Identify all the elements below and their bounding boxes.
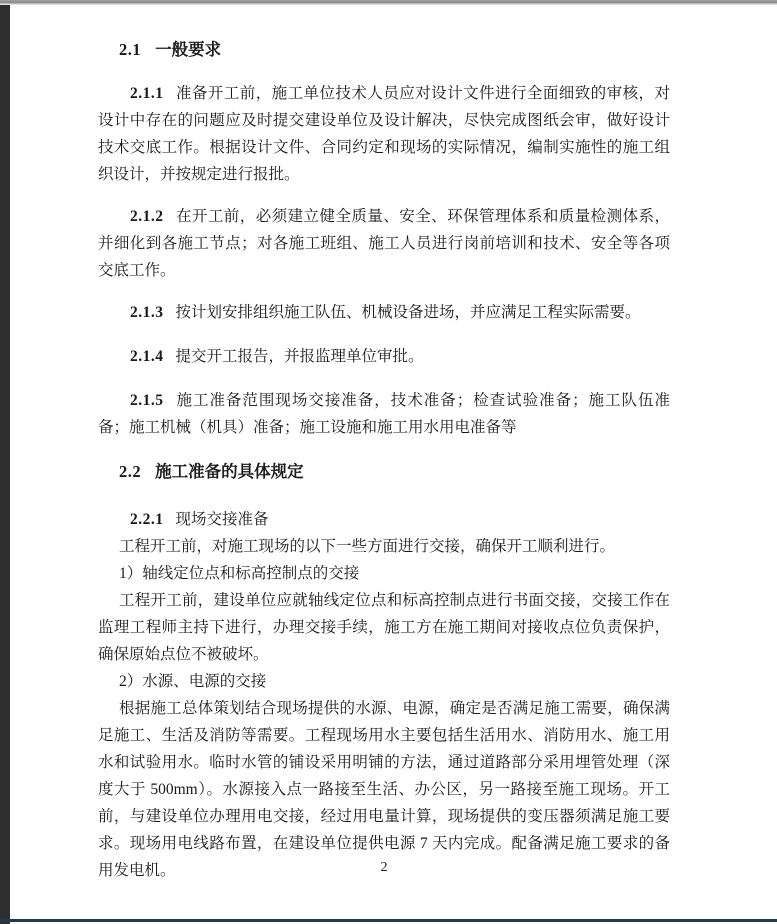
clause-number: 2.1.3 bbox=[130, 304, 164, 321]
subheading-2-2-1: 2.2.1现场交接准备 bbox=[98, 506, 670, 533]
clause-2-1-2: 2.1.2在开工前，必须建立健全质量、安全、环保管理体系和质量检测体系，并细化到… bbox=[98, 203, 670, 284]
subheading-title: 现场交接准备 bbox=[176, 511, 269, 528]
section-heading-2-1: 2.1一般要求 bbox=[98, 36, 670, 63]
clause-2-1-1: 2.1.1准备开工前，施工单位技术人员应对设计文件进行全面细致的审核，对设计中存… bbox=[98, 80, 670, 188]
paragraph: 根据施工总体策划结合现场提供的水源、电源，确定是否满足施工需要，确保满足施工、生… bbox=[98, 695, 670, 884]
clause-text: 按计划安排组织施工队伍、机械设备进场，并应满足工程实际需要。 bbox=[176, 304, 641, 321]
page-number: 2 bbox=[98, 858, 670, 878]
clause-number: 2.2.1 bbox=[130, 511, 164, 528]
clause-number: 2.1.2 bbox=[130, 208, 164, 225]
section-heading-2-2: 2.2施工准备的具体规定 bbox=[98, 458, 670, 485]
list-item-1: 1）轴线定位点和标高控制点的交接 bbox=[98, 560, 670, 587]
clause-number: 2.1.5 bbox=[130, 392, 164, 409]
document-page: 2.1一般要求 2.1.1准备开工前，施工单位技术人员应对设计文件进行全面细致的… bbox=[0, 0, 777, 924]
clause-text: 准备开工前，施工单位技术人员应对设计文件进行全面细致的审核，对设计中存在的问题应… bbox=[98, 85, 670, 183]
section-title: 一般要求 bbox=[155, 40, 221, 59]
clause-text: 在开工前，必须建立健全质量、安全、环保管理体系和质量检测体系，并细化到各施工节点… bbox=[98, 208, 670, 279]
scan-bottom-edge-line bbox=[0, 919, 777, 922]
scan-left-edge-bar bbox=[0, 4, 10, 924]
paragraph: 工程开工前，建设单位应就轴线定位点和标高控制点进行书面交接，交接工作在监理工程师… bbox=[98, 587, 670, 668]
section-title: 施工准备的具体规定 bbox=[155, 462, 304, 481]
section-number: 2.1 bbox=[119, 40, 141, 59]
clause-2-1-4: 2.1.4提交开工报告，并报监理单位审批。 bbox=[98, 343, 670, 370]
paragraph: 工程开工前，对施工现场的以下一些方面进行交接，确保开工顺利进行。 bbox=[98, 533, 670, 560]
section-number: 2.2 bbox=[119, 462, 141, 481]
clause-text: 施工准备范围现场交接准备，技术准备；检查试验准备；施工队伍准备；施工机械（机具）… bbox=[98, 392, 670, 436]
clause-number: 2.1.4 bbox=[130, 348, 164, 365]
clause-2-1-3: 2.1.3按计划安排组织施工队伍、机械设备进场，并应满足工程实际需要。 bbox=[98, 299, 670, 326]
list-item-2: 2）水源、电源的交接 bbox=[98, 668, 670, 695]
clause-number: 2.1.1 bbox=[130, 85, 164, 102]
clause-text: 提交开工报告，并报监理单位审批。 bbox=[176, 348, 424, 365]
page-body: 2.1一般要求 2.1.1准备开工前，施工单位技术人员应对设计文件进行全面细致的… bbox=[98, 36, 670, 884]
scan-top-edge bbox=[0, 0, 777, 5]
clause-2-1-5: 2.1.5施工准备范围现场交接准备，技术准备；检查试验准备；施工队伍准备；施工机… bbox=[98, 387, 670, 441]
